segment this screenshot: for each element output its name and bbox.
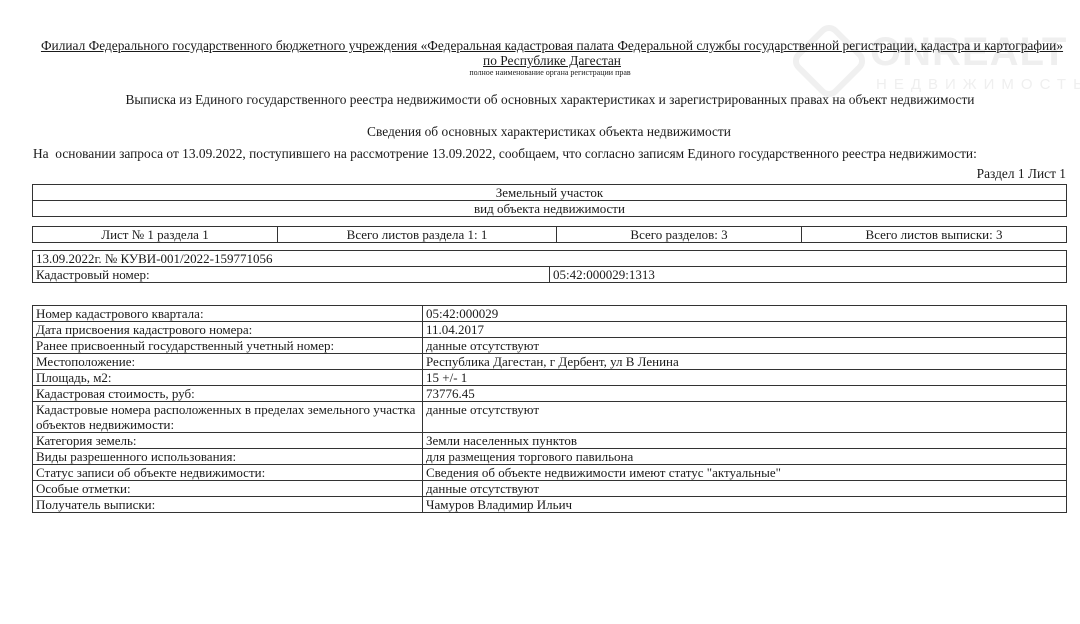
- characteristic-value: Республика Дагестан, г Дербент, ул В Лен…: [423, 354, 1067, 370]
- cadastral-number-label: Кадастровый номер:: [33, 267, 550, 283]
- object-kind-table: Земельный участок вид объекта недвижимос…: [32, 184, 1067, 217]
- basis-text: На основании запроса от 13.09.2022, пост…: [33, 146, 977, 162]
- characteristic-value: 05:42:000029: [423, 306, 1067, 322]
- characteristic-value: 73776.45: [423, 386, 1067, 402]
- document-title: Выписка из Единого государственного реес…: [0, 92, 1080, 108]
- characteristic-value: данные отсутствуют: [423, 338, 1067, 354]
- characteristic-label: Номер кадастрового квартала:: [33, 306, 423, 322]
- table-row: Ранее присвоенный государственный учетны…: [33, 338, 1067, 354]
- characteristic-label: Кадастровая стоимость, руб:: [33, 386, 423, 402]
- table-row: Местоположение:Республика Дагестан, г Де…: [33, 354, 1067, 370]
- characteristic-label: Статус записи об объекте недвижимости:: [33, 465, 423, 481]
- table-row: Номер кадастрового квартала:05:42:000029: [33, 306, 1067, 322]
- table-row: Получатель выписки:Чамуров Владимир Ильи…: [33, 497, 1067, 513]
- sheet-reference: Раздел 1 Лист 1: [977, 166, 1066, 182]
- organization-name: Филиал Федерального государственного бюд…: [36, 38, 1068, 68]
- sections-total: Всего разделов: 3: [557, 227, 802, 243]
- characteristic-value: для размещения торгового павильона: [423, 449, 1067, 465]
- table-row: Дата присвоения кадастрового номера:11.0…: [33, 322, 1067, 338]
- characteristic-label: Особые отметки:: [33, 481, 423, 497]
- characteristic-value: данные отсутствуют: [423, 481, 1067, 497]
- section-sheets-total: Всего листов раздела 1: 1: [278, 227, 557, 243]
- characteristic-label: Площадь, м2:: [33, 370, 423, 386]
- characteristics-table: Номер кадастрового квартала:05:42:000029…: [32, 305, 1067, 513]
- organization-caption: полное наименование органа регистрации п…: [300, 68, 800, 77]
- characteristic-label: Кадастровые номера расположенных в преде…: [33, 402, 423, 433]
- section-title: Сведения об основных характеристиках объ…: [0, 124, 1080, 140]
- table-row: Категория земель:Земли населенных пункто…: [33, 433, 1067, 449]
- cadastral-number-value: 05:42:000029:1313: [550, 267, 1067, 283]
- table-row: Особые отметки:данные отсутствуют: [33, 481, 1067, 497]
- characteristic-label: Дата присвоения кадастрового номера:: [33, 322, 423, 338]
- characteristic-label: Категория земель:: [33, 433, 423, 449]
- characteristic-value: Сведения об объекте недвижимости имеют с…: [423, 465, 1067, 481]
- characteristic-label: Местоположение:: [33, 354, 423, 370]
- object-kind-caption: вид объекта недвижимости: [33, 201, 1067, 217]
- sheets-table: Лист № 1 раздела 1 Всего листов раздела …: [32, 226, 1067, 243]
- characteristic-value: Земли населенных пунктов: [423, 433, 1067, 449]
- sheet-number: Лист № 1 раздела 1: [33, 227, 278, 243]
- characteristic-value: 11.04.2017: [423, 322, 1067, 338]
- statement-sheets-total: Всего листов выписки: 3: [802, 227, 1067, 243]
- watermark-subtitle: НЕДВИЖИМОСТЬ: [876, 76, 1080, 93]
- characteristic-label: Получатель выписки:: [33, 497, 423, 513]
- characteristic-value: 15 +/- 1: [423, 370, 1067, 386]
- table-row: Статус записи об объекте недвижимости:Св…: [33, 465, 1067, 481]
- table-row: Кадастровые номера расположенных в преде…: [33, 402, 1067, 433]
- statement-number: 13.09.2022г. № КУВИ-001/2022-159771056: [33, 251, 1067, 267]
- characteristic-label: Ранее присвоенный государственный учетны…: [33, 338, 423, 354]
- table-row: Кадастровая стоимость, руб:73776.45: [33, 386, 1067, 402]
- table-row: Виды разрешенного использования:для разм…: [33, 449, 1067, 465]
- characteristic-value: Чамуров Владимир Ильич: [423, 497, 1067, 513]
- object-kind-value: Земельный участок: [33, 185, 1067, 201]
- identification-table: 13.09.2022г. № КУВИ-001/2022-159771056 К…: [32, 250, 1067, 283]
- characteristic-label: Виды разрешенного использования:: [33, 449, 423, 465]
- characteristic-value: данные отсутствуют: [423, 402, 1067, 433]
- table-row: Площадь, м2:15 +/- 1: [33, 370, 1067, 386]
